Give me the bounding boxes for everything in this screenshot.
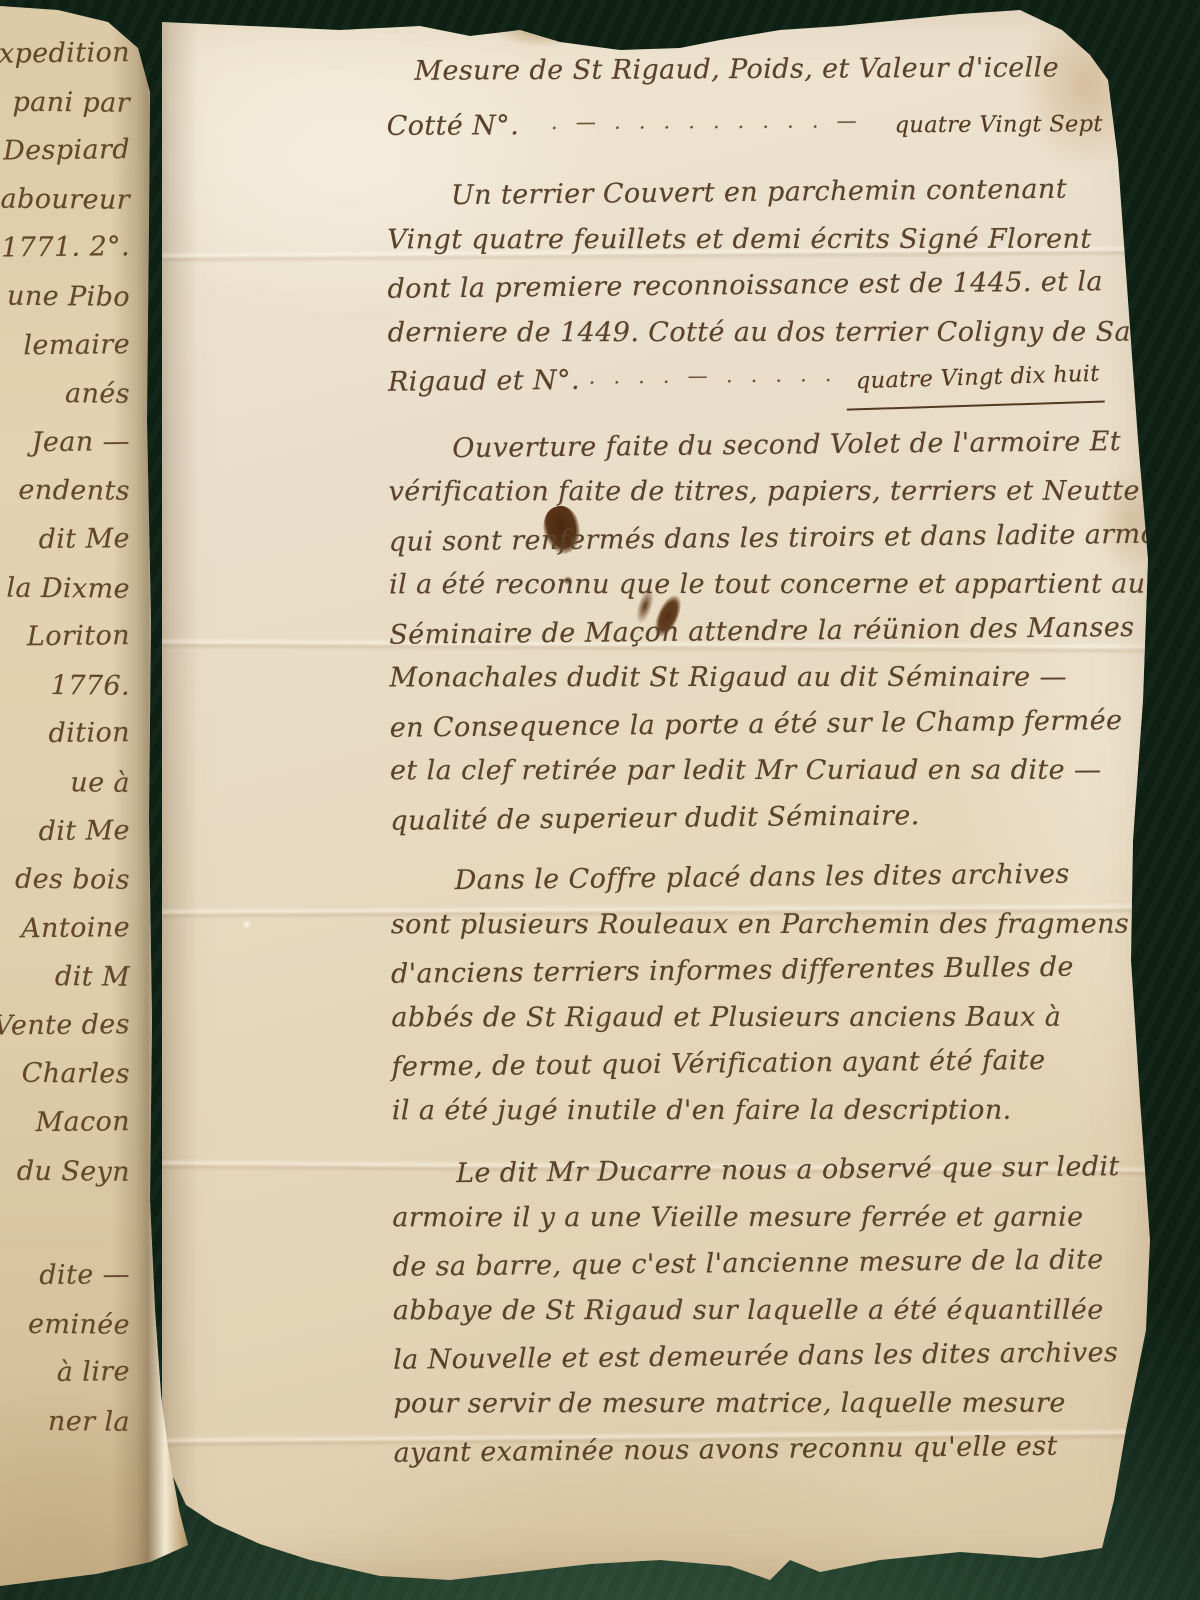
margin-note-quatre-vingt-dix-huit: quatre Vingt dix huit	[846, 351, 1105, 411]
handwritten-line-fragment: Jean —	[0, 418, 130, 468]
handwritten-line-fragment: des bois	[0, 855, 130, 905]
handwritten-line-fragment: lemaire	[0, 321, 130, 371]
terrier-paragraph: Un terrier Couvert en parchemin contenan…	[387, 168, 1104, 410]
handwritten-line: derniere de 1449. Cotté au dos terrier C…	[388, 309, 1104, 356]
handwritten-line: et la clef retirée par ledit Mr Curiaud …	[390, 748, 1106, 795]
handwritten-line: pour servir de mesure matrice, laquelle …	[393, 1380, 1109, 1427]
heading-paragraph: Mesure de St Rigaud, Poids, et Valeur d'…	[386, 40, 1103, 156]
handwritten-line-fragment: dit M	[0, 953, 130, 1003]
handwritten-line: armoire il y a une Vieille mesure ferrée…	[392, 1194, 1108, 1241]
handwritten-line: Dans le Coffre placé dans les dites arch…	[390, 851, 1106, 905]
handwritten-line-fragment: ner la	[0, 1397, 130, 1447]
handwritten-line-fragment: Laboureur	[0, 175, 130, 225]
dotted-leader: . — . . . . . . . . . —	[519, 93, 895, 150]
ouverture-paragraph: Ouverture faite du second Volet de l'arm…	[388, 421, 1106, 843]
handwritten-line: Le dit Mr Ducarre nous a observé que sur…	[392, 1144, 1108, 1198]
handwritten-line: dont la premiere reconnoissance est de 1…	[387, 259, 1103, 313]
handwritten-line: il a été reconnu que le tout concerne et…	[389, 562, 1105, 609]
handwritten-line-fragment: du Seyn	[0, 1147, 130, 1197]
handwritten-line-fragment: la Dixme	[0, 564, 130, 614]
handwritten-line: la Nouvelle et est demeurée dans les dit…	[393, 1330, 1109, 1384]
handwritten-line-fragment: Loriton	[0, 612, 130, 662]
coffre-paragraph: Dans le Coffre placé dans les dites arch…	[390, 853, 1107, 1136]
handwritten-line: abbés de St Rigaud et Plusieurs anciens …	[391, 994, 1107, 1041]
handwritten-line: ayant examinée nous avons reconnu qu'ell…	[393, 1423, 1109, 1477]
handwritten-line-fragment: 1776.	[0, 661, 130, 711]
main-page-text: Mesure de St Rigaud, Poids, et Valeur d'…	[386, 40, 1110, 1489]
handwritten-line: de sa barre, que c'est l'ancienne mesure…	[392, 1237, 1108, 1291]
handwritten-line: Monachales dudit St Rigaud au dit Sémina…	[390, 655, 1106, 702]
cote-line: Cotté N°. . — . . . . . . . . . — quatre…	[387, 95, 1103, 156]
mesure-paragraph: Le dit Mr Ducarre nous a observé que sur…	[392, 1146, 1110, 1475]
handwritten-line-fragment: xpedition	[0, 29, 130, 79]
heading-line: Mesure de St Rigaud, Poids, et Valeur d'…	[386, 40, 1102, 99]
handwritten-line: qualité de superieur dudit Séminaire.	[390, 791, 1106, 845]
handwritten-line-fragment: Macon	[0, 1098, 130, 1148]
handwritten-line: vérification faite de titres, papiers, t…	[389, 469, 1105, 516]
terrier-cote-line: Rigaud et N°. . . . . — . . . . . quatre…	[388, 352, 1105, 412]
handwritten-line-fragment: Antoine	[0, 904, 130, 954]
margin-note-quatre-vingt-sept: quatre Vingt Sept	[895, 97, 1103, 153]
handwritten-line-fragment: dit Me	[0, 807, 130, 857]
handwritten-line-fragment: ue à	[0, 758, 130, 808]
handwritten-line-fragment: eminée	[0, 1300, 130, 1350]
handwritten-line: Séminaire de Maçon attendre la réünion d…	[389, 605, 1105, 659]
cote-label: Cotté N°.	[387, 98, 520, 154]
handwritten-line: abbaye de St Rigaud sur laquelle a été é…	[393, 1287, 1109, 1334]
handwritten-line-fragment: à lire	[0, 1349, 130, 1399]
manuscript-photo-scene: Mesure de St Rigaud, Poids, et Valeur d'…	[0, 0, 1200, 1600]
paper-flaw	[242, 920, 251, 929]
handwritten-line: Ouverture faite du second Volet de l'arm…	[388, 419, 1104, 473]
handwritten-line: Un terrier Couvert en parchemin contenan…	[387, 166, 1103, 220]
handwritten-line: d'anciens terriers informes differentes …	[391, 944, 1107, 998]
handwritten-line-fragment: endents	[0, 467, 130, 517]
handwritten-line: il a été jugé inutile d'en faire la desc…	[392, 1087, 1108, 1134]
handwritten-line-fragment: anés	[0, 369, 130, 419]
handwritten-line-fragment: une Pibo	[0, 272, 130, 322]
handwritten-line: en Consequence la porte a été sur le Cha…	[390, 698, 1106, 752]
handwritten-line: ferme, de tout quoi Vérification ayant é…	[391, 1037, 1107, 1091]
handwritten-line-fragment: Despiard	[0, 126, 130, 176]
handwritten-line: sont plusieurs Rouleaux en Parchemin des…	[391, 901, 1107, 948]
left-page-text-column: xpeditionpani parDespiardLaboureur1771. …	[0, 30, 130, 1447]
handwritten-line: Vingt quatre feuillets et demi écrits Si…	[387, 216, 1103, 263]
handwritten-line-fragment: 1771. 2°.	[0, 223, 130, 273]
terrier-cote-label: Rigaud et N°.	[388, 358, 580, 407]
main-page: Mesure de St Rigaud, Poids, et Valeur d'…	[146, 0, 1160, 1600]
handwritten-line-fragment: dit Me	[0, 515, 130, 565]
handwritten-line-fragment: Charles	[0, 1050, 130, 1100]
handwritten-line-fragment: pani par	[0, 78, 130, 128]
handwritten-line-fragment: Vente des	[0, 1001, 130, 1051]
dotted-leader: . . . . — . . . . .	[580, 351, 847, 400]
handwritten-line-fragment: dite —	[0, 1251, 130, 1301]
handwritten-line: qui sont renfermés dans les tiroirs et d…	[389, 512, 1105, 566]
handwritten-line-fragment: dition	[0, 709, 130, 759]
